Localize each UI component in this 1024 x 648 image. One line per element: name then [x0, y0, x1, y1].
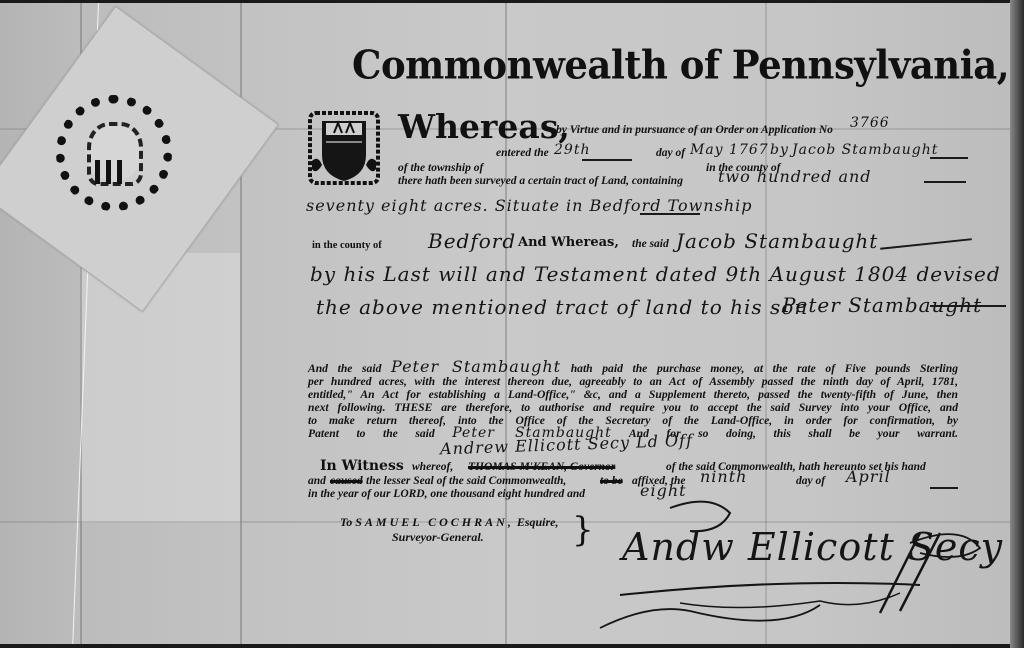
body-line-4: next following. THESE are therefore, to … [308, 401, 958, 414]
document-title: Commonwealth of Pennsylvania, ss. [352, 42, 942, 88]
witness-line-3: in the year of our LORD, one thousand ei… [308, 488, 585, 500]
addressee-office: Surveyor-General. [340, 530, 559, 545]
entered-label: entered the [496, 147, 549, 159]
witness-day: ninth [700, 467, 747, 486]
application-number: 3766 [850, 115, 890, 131]
day-of-label: day of [656, 147, 685, 159]
fold-line [505, 3, 507, 644]
flourish-line [930, 305, 1006, 307]
county-name: Bedford [428, 229, 516, 253]
payer-name: Peter Stambaught [391, 357, 561, 376]
whereas-heading: Whereas, [398, 107, 570, 146]
body-line-1: And the said Peter Stambaught hath paid … [308, 360, 958, 375]
the-said-label: the said [632, 238, 669, 250]
body-line-3: entitled," An Act for establishing a Lan… [308, 388, 958, 401]
county-label: in the county of [312, 240, 382, 251]
signature: Andw Ellicott Secy Ld Off [622, 525, 1010, 569]
witness-and: and [308, 475, 326, 487]
by-label: by [770, 142, 789, 158]
addressee-block: To SAMUEL COCHRAN, Esquire, Surveyor-Gen… [340, 515, 559, 545]
in-witness-heading: In Witness [320, 458, 404, 474]
body-paragraph: And the said Peter Stambaught hath paid … [308, 360, 958, 440]
surveyed-clause: there hath been surveyed a certain tract… [398, 175, 683, 187]
applicant-name: Jacob Stambaught [792, 142, 938, 158]
body-line-5: to make return thereof, into the Office … [308, 414, 958, 427]
witness-line-2: the lesser Seal of the said Commonwealth… [366, 475, 566, 487]
seal-icon [56, 95, 172, 211]
flourish-line [880, 238, 972, 249]
struck-word: to be [600, 475, 623, 487]
document-sheet: Commonwealth of Pennsylvania, ss. Wherea… [0, 3, 1010, 644]
body-line-2: per hundred acres, with the interest the… [308, 375, 958, 388]
struck-word: caused [330, 475, 363, 487]
to-label: To [340, 515, 352, 529]
struck-governor-name: THOMAS M'KEAN, Governor [468, 461, 615, 473]
underline [582, 159, 632, 161]
order-clause: by Virtue and in pursuance of an Order o… [556, 124, 833, 136]
dash-line [924, 181, 966, 183]
dash-line [930, 157, 968, 159]
will-line: by his Last will and Testament dated 9th… [310, 262, 1001, 286]
witness-month: April [846, 467, 891, 486]
devise-line: the above mentioned tract of land to his… [316, 295, 808, 319]
and-whereas-heading: And Whereas, [518, 235, 619, 250]
addressee-title: Esquire, [517, 515, 559, 529]
township-label: of the township of [398, 162, 483, 174]
entered-month-year: May 1767 [690, 142, 769, 158]
dash-line [640, 213, 700, 215]
paper-stain [80, 253, 240, 523]
whereof-label: whereof, [412, 461, 453, 473]
addressee-name: SAMUEL COCHRAN, [355, 515, 514, 529]
scan-edge [1010, 0, 1024, 648]
witness-day-of: day of [796, 475, 825, 487]
acreage-handwritten-1: two hundred and [718, 167, 872, 186]
entered-day: 29th [554, 142, 590, 158]
dash-line [930, 487, 958, 489]
testator-name: Jacob Stambaught [676, 229, 878, 253]
coat-of-arms-icon [308, 111, 380, 185]
